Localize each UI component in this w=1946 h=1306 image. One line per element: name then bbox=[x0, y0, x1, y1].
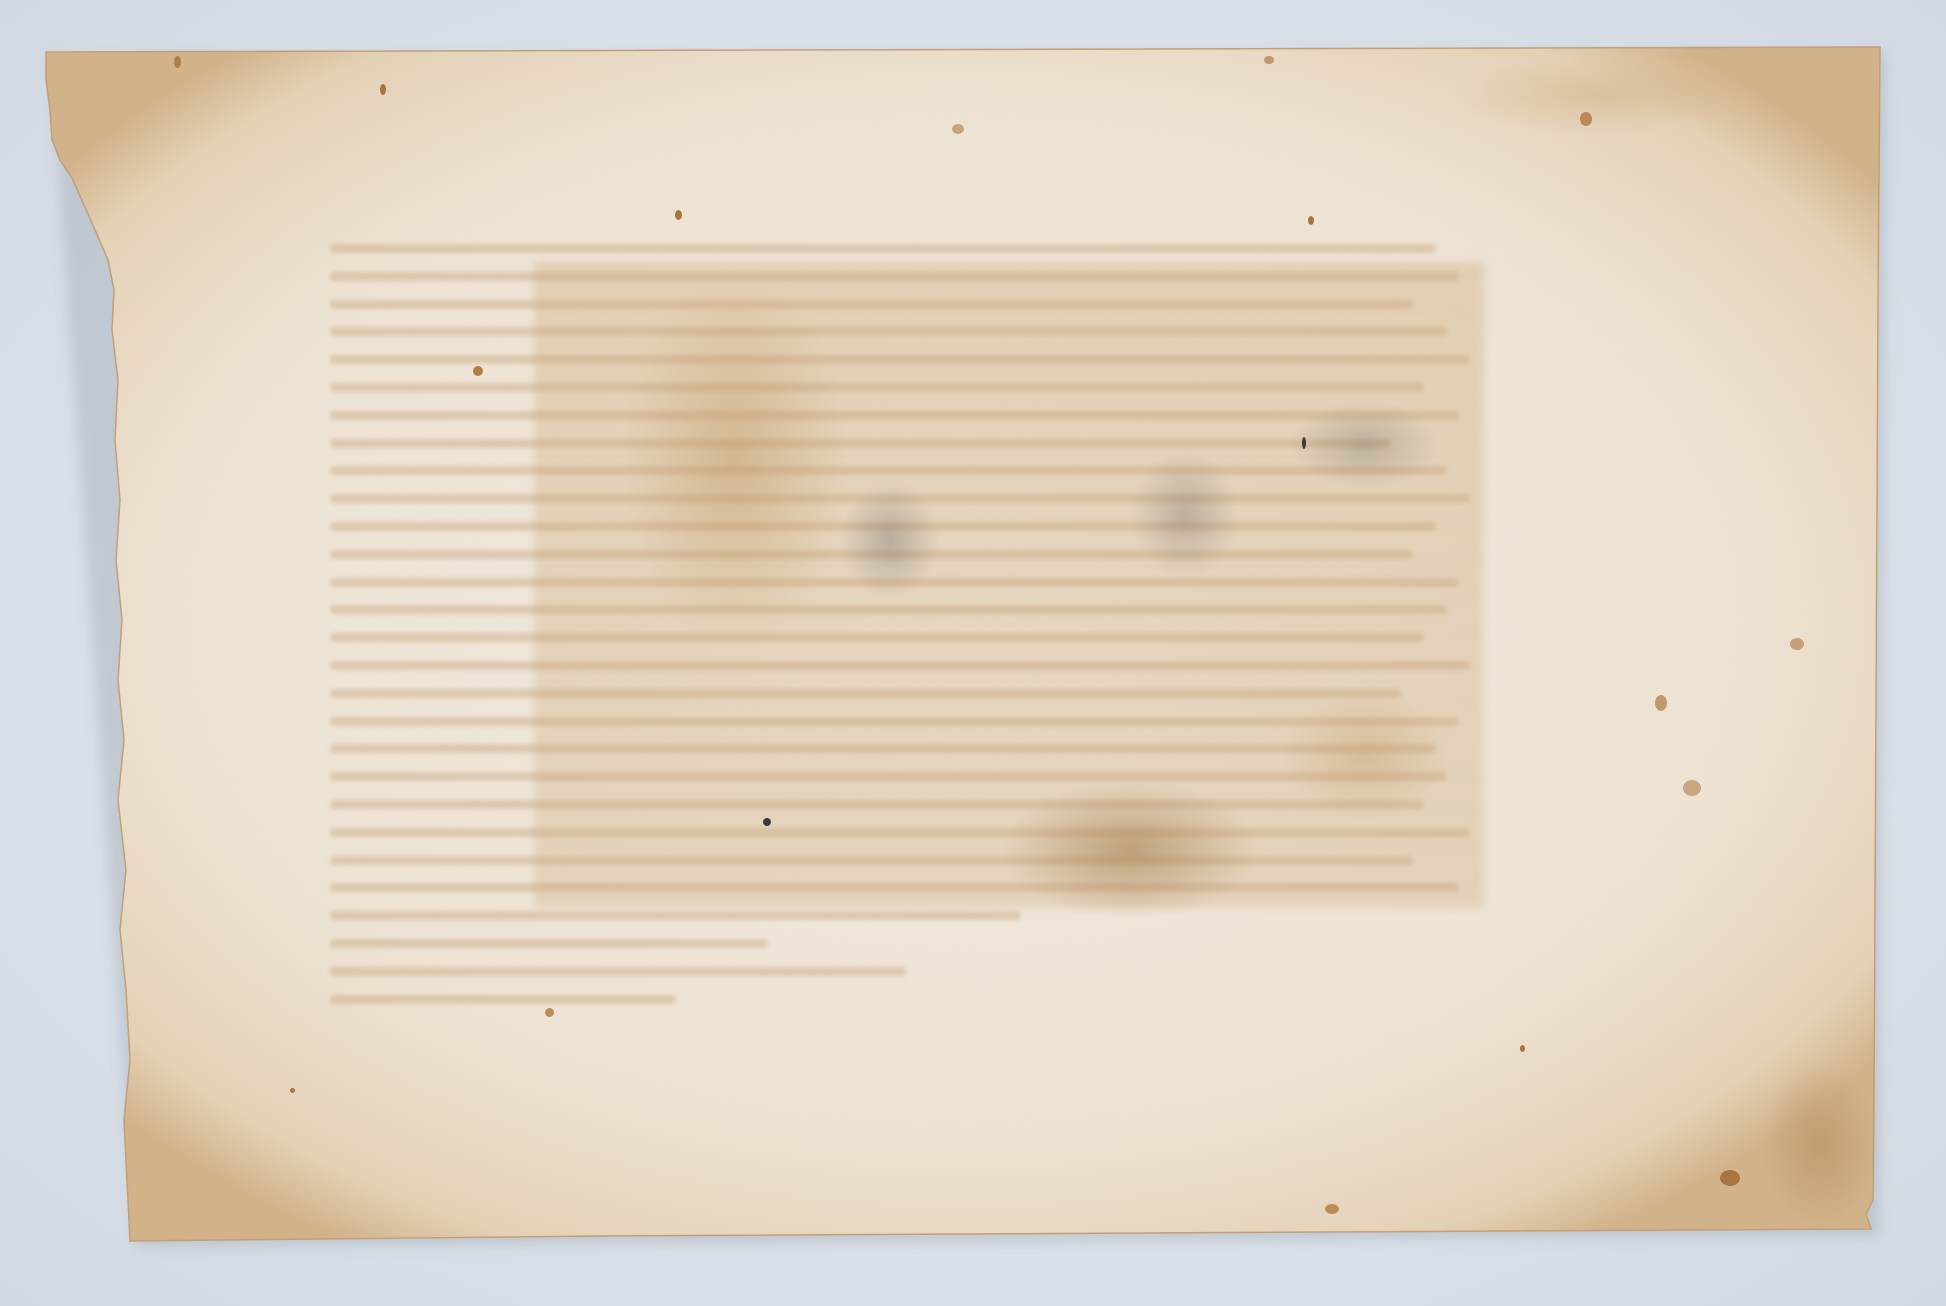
foxing-spot bbox=[1790, 638, 1804, 650]
foxing-spot bbox=[290, 1088, 295, 1093]
foxing-spot bbox=[545, 1008, 554, 1017]
foxing-spot bbox=[952, 124, 964, 134]
foxing-spot bbox=[1308, 216, 1314, 225]
foxing-spot bbox=[1302, 437, 1306, 449]
foxing-spot bbox=[380, 84, 386, 95]
foxing-spot bbox=[1720, 1170, 1740, 1186]
foxing-spot bbox=[473, 366, 483, 376]
foxing-spot bbox=[1264, 56, 1274, 64]
foxing-spot bbox=[675, 210, 682, 220]
foxing-spot bbox=[1325, 1204, 1339, 1214]
foxing-spot bbox=[1580, 112, 1592, 126]
foxing-spot bbox=[1520, 1045, 1525, 1052]
foxing-spot bbox=[1683, 780, 1701, 796]
foxing-spot bbox=[763, 818, 771, 826]
foxing-spot bbox=[174, 56, 181, 68]
showthrough-text-block bbox=[330, 244, 1482, 1040]
foxing-spot bbox=[1655, 695, 1667, 711]
